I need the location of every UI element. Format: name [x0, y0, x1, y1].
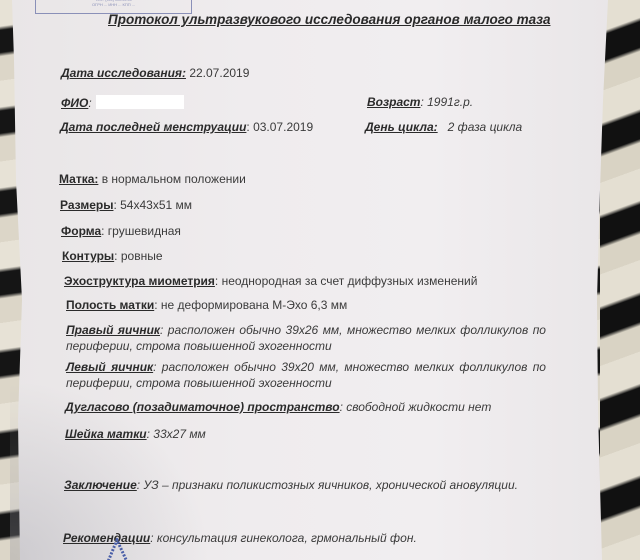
fur-background-right — [600, 0, 640, 560]
age-row: Возраст: 1991г.р. — [367, 95, 473, 109]
shape-value: : грушевидная — [101, 224, 181, 238]
full-name-label: ФИО — [61, 96, 88, 110]
cavity-label: Полость матки — [66, 298, 154, 312]
conclusion-row: Заключение: УЗ – признаки поликистозных … — [64, 478, 518, 492]
cycle-day-value: 2 фаза цикла — [448, 120, 523, 134]
uterus-value: в нормальном положении — [102, 172, 246, 186]
myometrium-row: Эхоструктура миометрия: неоднородная за … — [64, 274, 477, 288]
stamp-line-2: ОГРН ... ИНН ... КПП ... — [36, 2, 191, 7]
age-value: : 1991г.р. — [420, 95, 473, 109]
exam-date-label: Дата исследования: — [61, 66, 186, 80]
cavity-value: : не деформирована М-Эхо 6,3 мм — [154, 298, 347, 312]
shape-row: Форма: грушевидная — [61, 224, 181, 238]
douglas-row: Дугласово (позадиматочное) пространство:… — [65, 400, 491, 414]
conclusion-label: Заключение — [64, 478, 137, 492]
size-label: Размеры — [60, 198, 113, 212]
recommendations-value: : консультация гинеколога, грмональный ф… — [150, 531, 417, 545]
cervix-value: : 33х27 мм — [147, 427, 206, 441]
redacted-name-block — [96, 95, 184, 109]
myometrium-label: Эхоструктура миометрия — [64, 274, 215, 288]
cervix-row: Шейка матки: 33х27 мм — [65, 427, 206, 441]
right-ovary-row: Правый яичник: расположен обычно 39х26 м… — [66, 322, 546, 354]
cycle-day-label: День цикла: — [365, 120, 438, 134]
size-row: Размеры: 54х43х51 мм — [60, 198, 192, 212]
left-ovary-label: Левый яичник — [66, 360, 153, 374]
exam-date-value: 22.07.2019 — [189, 66, 249, 80]
size-value: : 54х43х51 мм — [113, 198, 192, 212]
age-label: Возраст — [367, 95, 420, 109]
cycle-day-row: День цикла: 2 фаза цикла — [365, 120, 522, 134]
contours-value: : ровные — [114, 249, 162, 263]
douglas-label: Дугласово (позадиматочное) пространство — [65, 400, 340, 414]
cervix-label: Шейка матки — [65, 427, 147, 441]
signature-pen-mark-icon — [104, 538, 134, 560]
shape-label: Форма — [61, 224, 101, 238]
myometrium-value: : неоднородная за счет диффузных изменен… — [215, 274, 478, 288]
document-title: Протокол ультразвукового исследования ор… — [108, 12, 550, 27]
last-menstruation-label: Дата последней менструации — [60, 120, 246, 134]
douglas-value: : свободной жидкости нет — [340, 400, 492, 414]
contours-label: Контуры — [62, 249, 114, 263]
last-menstruation-value: : 03.07.2019 — [246, 120, 313, 134]
exam-date-row: Дата исследования: 22.07.2019 — [61, 66, 249, 80]
uterus-label: Матка: — [59, 172, 98, 186]
left-ovary-row: Левый яичник: расположен обычно 39х20 мм… — [66, 359, 546, 391]
cavity-row: Полость матки: не деформирована М-Эхо 6,… — [66, 298, 347, 312]
full-name-row: ФИО: — [61, 95, 184, 110]
conclusion-value: : УЗ – признаки поликистозных яичников, … — [137, 478, 518, 492]
right-ovary-label: Правый яичник — [66, 323, 160, 337]
last-menstruation-row: Дата последней менструации: 03.07.2019 — [60, 120, 313, 134]
contours-row: Контуры: ровные — [62, 249, 163, 263]
uterus-row: Матка: в нормальном положении — [59, 172, 246, 186]
